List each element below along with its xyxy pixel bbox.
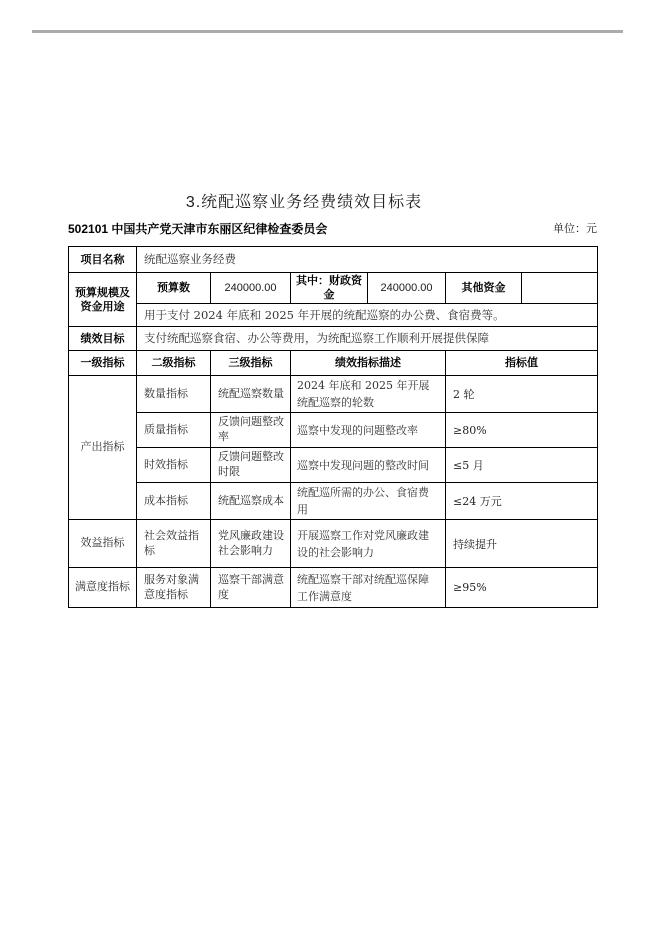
project-name-label: 项目名称 [69,247,137,273]
funds-usage-text: 用于支付 2024 年底和 2025 年开展的统配巡察的办公费、食宿费等。 [137,304,598,327]
table-row: 时效指标 反馈问题整改时限 巡察中发现问题的整改时间 ≤5 月 [69,448,598,483]
table-row: 满意度指标 服务对象满意度指标 巡察干部满意度 统配巡察干部对统配巡保障工作满意… [69,568,598,608]
table-row: 效益指标 社会效益指标 党风廉政建设社会影响力 开展巡察工作对党风廉政建设的社会… [69,520,598,568]
table-row: 产出指标 数量指标 统配巡察数量 2024 年底和 2025 年开展统配巡察的轮… [69,376,598,413]
header-level1: 一级指标 [69,351,137,376]
page-title: 3.统配巡察业务经费绩效目标表 [0,189,608,212]
level3-timeliness: 反馈问题整改时限 [211,448,291,483]
page-top-divider [32,30,623,33]
table-row: 预算规模及资金用途 预算数 240000.00 其中：财政资金 240000.0… [69,273,598,304]
level3-quantity: 统配巡察数量 [211,376,291,413]
other-funds-label: 其他资金 [446,273,522,304]
level3-cost: 统配巡察成本 [211,483,291,520]
org-name: 502101 中国共产党天津市东丽区纪律检查委员会 [68,220,327,237]
desc-satisfaction: 统配巡察干部对统配巡保障工作满意度 [291,568,446,608]
document-page: { "page": { "title": "3.统配巡察业务经费绩效目标表", … [0,0,654,926]
level1-benefit: 效益指标 [69,520,137,568]
desc-quantity: 2024 年底和 2025 年开展统配巡察的轮数 [291,376,446,413]
other-funds-value [522,273,598,304]
level3-quality: 反馈问题整改率 [211,413,291,448]
table-row: 项目名称 统配巡察业务经费 [69,247,598,273]
performance-goal-label: 绩效目标 [69,327,137,351]
table-header-row: 一级指标 二级指标 三级指标 绩效指标描述 指标值 [69,351,598,376]
level2-cost: 成本指标 [137,483,211,520]
org-line: 502101 中国共产党天津市东丽区纪律检查委员会 单位：元 [68,220,597,236]
desc-social-benefit: 开展巡察工作对党风廉政建设的社会影响力 [291,520,446,568]
header-value: 指标值 [446,351,598,376]
table-row: 绩效目标 支付统配巡察食宿、办公等费用，为统配巡察工作顺利开展提供保障 [69,327,598,351]
project-name-value: 统配巡察业务经费 [137,247,598,273]
level2-social-benefit: 社会效益指标 [137,520,211,568]
desc-timeliness: 巡察中发现问题的整改时间 [291,448,446,483]
table-row: 成本指标 统配巡察成本 统配巡所需的办公、食宿费用 ≤24 万元 [69,483,598,520]
header-description: 绩效指标描述 [291,351,446,376]
header-level3: 三级指标 [211,351,291,376]
performance-target-table: 项目名称 统配巡察业务经费 预算规模及资金用途 预算数 240000.00 其中… [68,246,598,608]
level2-satisfaction: 服务对象满意度指标 [137,568,211,608]
desc-cost: 统配巡所需的办公、食宿费用 [291,483,446,520]
fiscal-funds-label: 其中：财政资金 [291,273,368,304]
table-row: 质量指标 反馈问题整改率 巡察中发现的问题整改率 ≥80% [69,413,598,448]
value-satisfaction: ≥95% [446,568,598,608]
table-row: 用于支付 2024 年底和 2025 年开展的统配巡察的办公费、食宿费等。 [69,304,598,327]
value-timeliness: ≤5 月 [446,448,598,483]
unit-label: 单位：元 [553,220,597,236]
header-level2: 二级指标 [137,351,211,376]
desc-quality: 巡察中发现的问题整改率 [291,413,446,448]
level2-quantity: 数量指标 [137,376,211,413]
performance-goal-value: 支付统配巡察食宿、办公等费用，为统配巡察工作顺利开展提供保障 [137,327,598,351]
value-social-benefit: 持续提升 [446,520,598,568]
budget-scale-label: 预算规模及资金用途 [69,273,137,327]
level1-satisfaction: 满意度指标 [69,568,137,608]
level2-quality: 质量指标 [137,413,211,448]
level3-satisfaction: 巡察干部满意度 [211,568,291,608]
value-quantity: 2 轮 [446,376,598,413]
value-cost: ≤24 万元 [446,483,598,520]
level2-timeliness: 时效指标 [137,448,211,483]
level1-output: 产出指标 [69,376,137,520]
budget-number-value: 240000.00 [211,273,291,304]
budget-number-label: 预算数 [137,273,211,304]
value-quality: ≥80% [446,413,598,448]
level3-social-benefit: 党风廉政建设社会影响力 [211,520,291,568]
fiscal-funds-value: 240000.00 [368,273,446,304]
